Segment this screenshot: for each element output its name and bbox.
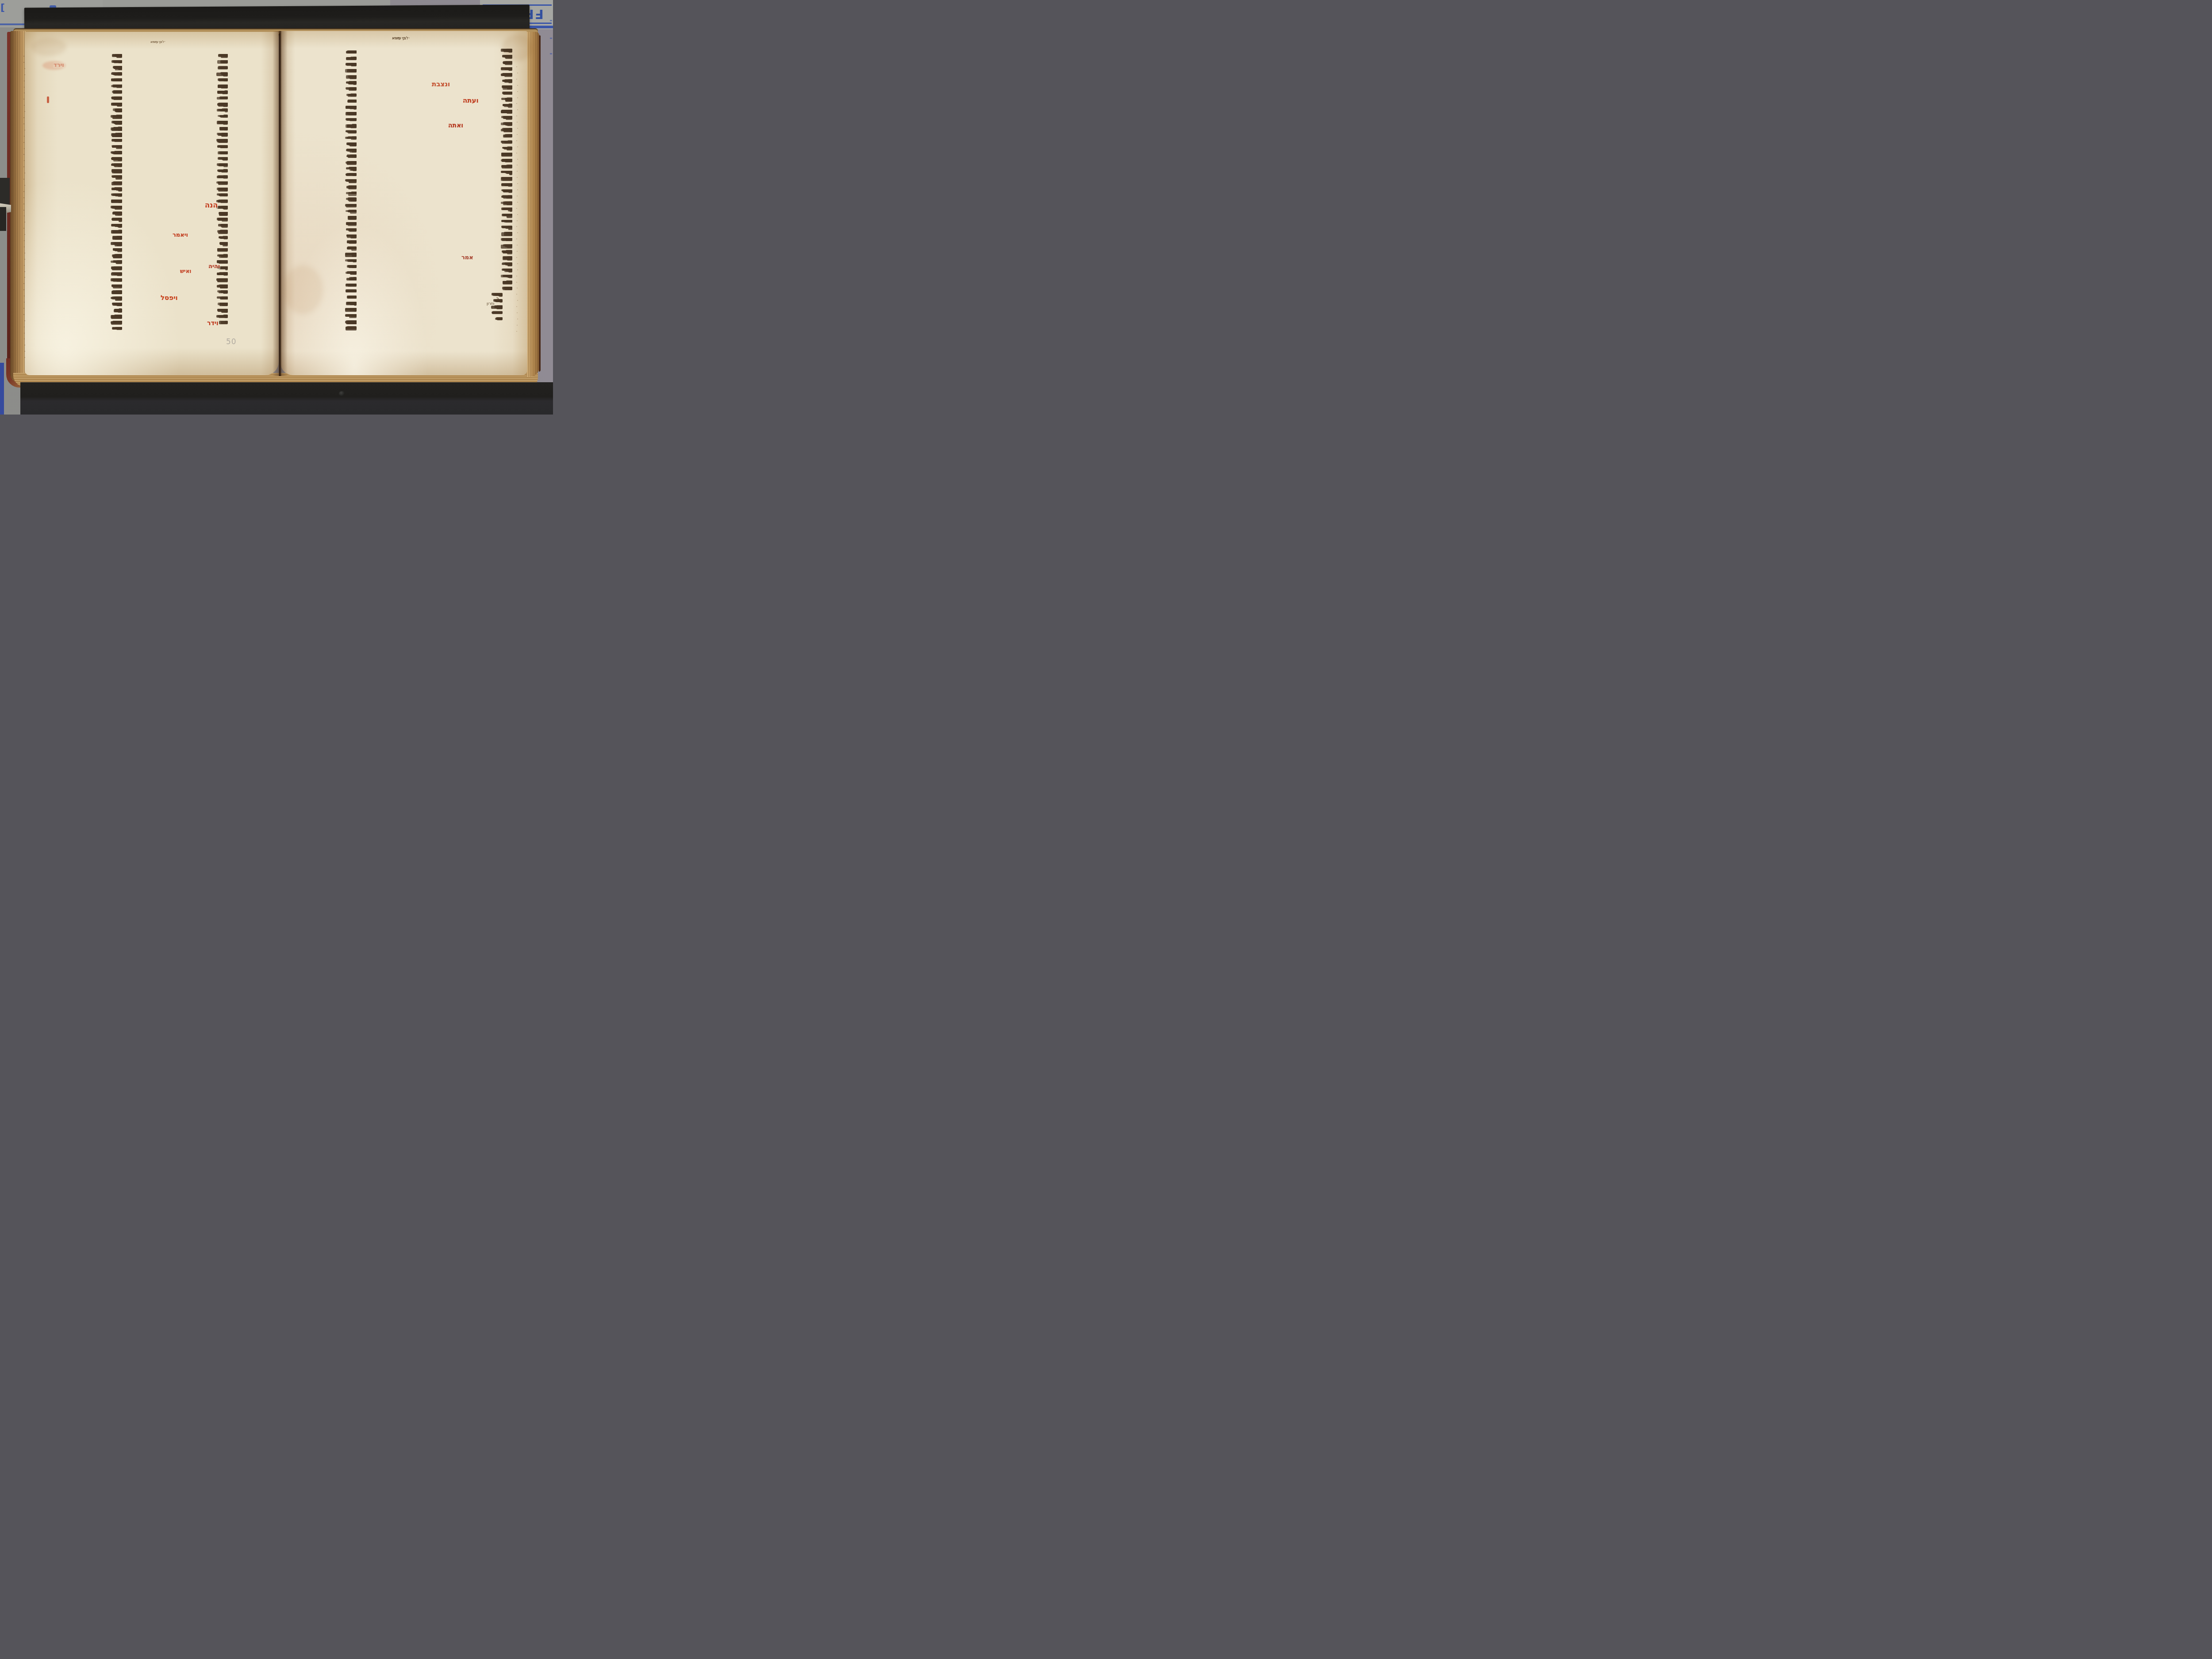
rubric-word: ואיש (180, 269, 192, 274)
script-line (434, 195, 512, 200)
script-word-stroke (116, 54, 122, 58)
script-word-stroke (113, 181, 122, 184)
pricking-hole (24, 253, 25, 253)
script-word-stroke (225, 79, 228, 81)
pricking-hole (24, 302, 25, 303)
script-line (290, 296, 357, 300)
script-word-stroke (502, 287, 512, 289)
script-word-stroke (349, 167, 357, 171)
script-line (162, 303, 228, 307)
script-line (162, 218, 228, 222)
script-line (434, 201, 512, 206)
script-word-stroke (224, 285, 228, 288)
rubric-word: והיה (208, 264, 220, 269)
pricking-hole (517, 269, 518, 270)
script-line (32, 139, 122, 143)
script-line (31, 175, 122, 180)
script-word-stroke (114, 169, 122, 173)
script-word-stroke (502, 214, 512, 216)
script-line (288, 124, 357, 128)
pricking-hole (23, 204, 24, 204)
script-line (433, 122, 512, 127)
script-line (288, 185, 357, 190)
script-word-stroke (507, 202, 512, 205)
script-line (289, 320, 357, 324)
rubric-word: ויפסל (160, 295, 178, 301)
script-column (30, 54, 122, 337)
script-line (432, 49, 512, 53)
script-word-stroke (350, 320, 357, 323)
script-line (288, 197, 357, 202)
script-word-stroke (225, 96, 228, 99)
rubric-word: אמר (461, 255, 474, 261)
script-word-stroke (346, 302, 357, 305)
script-word-stroke (218, 54, 228, 57)
script-word-stroke (350, 198, 357, 201)
script-column (288, 50, 357, 337)
script-line (288, 204, 357, 208)
script-word-stroke (118, 78, 122, 81)
script-word-stroke (502, 177, 512, 179)
script-line (289, 167, 357, 171)
folio-number: 50 (226, 338, 237, 346)
script-word-stroke (223, 133, 228, 135)
script-line (32, 121, 122, 125)
script-line (161, 108, 228, 113)
script-line (290, 246, 357, 251)
script-line (289, 216, 357, 220)
script-line (434, 293, 503, 297)
script-word-stroke (220, 127, 228, 130)
pricking-hole (24, 326, 25, 327)
script-word-stroke (346, 112, 357, 114)
script-line (161, 278, 228, 283)
script-word-stroke (509, 61, 513, 64)
script-word-stroke (114, 127, 122, 130)
pricking-hole (517, 196, 518, 196)
script-word-stroke (503, 196, 512, 199)
script-line (289, 277, 357, 281)
script-word-stroke (114, 163, 123, 167)
script-word-stroke (119, 108, 122, 111)
script-line (288, 192, 357, 196)
script-word-stroke (348, 161, 357, 164)
script-word-stroke (503, 207, 512, 210)
script-line (30, 115, 122, 119)
script-line (161, 230, 228, 234)
pricking-hole (24, 333, 25, 334)
script-word-stroke (217, 146, 228, 148)
page-edges-right (526, 32, 539, 377)
gutter-slit (279, 33, 280, 376)
script-word-stroke (346, 88, 357, 90)
script-line (433, 73, 512, 77)
script-line (290, 161, 357, 165)
script-line (30, 151, 122, 155)
script-line (163, 211, 228, 216)
pricking-hole (24, 74, 25, 75)
script-line (288, 112, 357, 116)
script-line (289, 265, 357, 269)
rubric-word: וירד (53, 62, 65, 68)
script-line (434, 116, 512, 120)
script-line (434, 55, 512, 59)
script-line (161, 151, 228, 155)
script-line (288, 173, 357, 177)
pricking-hole (516, 79, 517, 80)
script-word-stroke (111, 188, 122, 191)
script-word-stroke (223, 164, 228, 166)
script-line (431, 146, 512, 151)
script-line (31, 60, 122, 65)
script-line (32, 260, 122, 265)
script-line (434, 171, 512, 175)
ruler-blue-stripe (0, 363, 4, 415)
script-line (31, 242, 122, 246)
script-line (432, 244, 512, 249)
script-line (162, 60, 228, 65)
pricking-hole (23, 228, 24, 229)
back-cover-edge (539, 35, 541, 372)
script-line (32, 127, 122, 131)
script-line (161, 315, 228, 319)
script-line (434, 153, 512, 157)
script-line (161, 78, 228, 83)
script-word-stroke (219, 321, 228, 324)
script-line (290, 63, 357, 67)
rubric-word: ונצבת (431, 81, 450, 88)
script-line (431, 67, 512, 71)
script-word-stroke (505, 98, 513, 100)
script-word-stroke (353, 253, 357, 255)
script-word-stroke (503, 190, 512, 193)
pricking-hole (24, 87, 25, 88)
page-edges-left (10, 31, 26, 382)
script-word-stroke (346, 210, 357, 212)
script-word-stroke (111, 200, 122, 203)
pricking-hole (23, 308, 24, 309)
script-word-stroke (501, 110, 512, 113)
script-word-stroke (218, 139, 228, 142)
pricking-hole (24, 357, 25, 358)
script-word-stroke (113, 66, 122, 68)
script-line (162, 139, 228, 143)
script-word-stroke (352, 216, 357, 219)
script-word-stroke (346, 284, 357, 287)
script-word-stroke (504, 147, 512, 150)
script-word-stroke (502, 85, 512, 88)
script-line (31, 169, 122, 173)
cradle-bolt (339, 391, 345, 396)
script-line (31, 72, 122, 77)
pricking-hole (517, 97, 518, 98)
script-word-stroke (115, 248, 122, 251)
script-word-stroke (347, 69, 357, 73)
script-line (30, 187, 122, 192)
pricking-hole (24, 296, 25, 296)
script-line (434, 311, 503, 315)
script-word-stroke (115, 212, 122, 216)
script-word-stroke (347, 222, 357, 224)
script-line (32, 157, 122, 161)
script-word-stroke (116, 218, 122, 221)
script-word-stroke (220, 212, 228, 215)
script-line (161, 272, 228, 276)
ruler-edge-mark: [ (0, 4, 5, 12)
script-word-stroke (118, 230, 122, 233)
script-word-stroke (115, 133, 122, 135)
script-line (433, 165, 512, 169)
script-line (290, 210, 357, 214)
script-word-stroke (354, 100, 357, 102)
script-word-stroke (349, 247, 357, 249)
pricking-hole (23, 62, 24, 63)
script-line (33, 254, 122, 258)
script-line (33, 103, 122, 107)
script-line (290, 81, 357, 85)
script-word-stroke (111, 291, 122, 294)
script-line (434, 207, 512, 212)
script-word-stroke (503, 281, 512, 284)
script-word-stroke (504, 232, 512, 236)
script-word-stroke (220, 115, 228, 117)
script-word-stroke (502, 159, 512, 162)
rubric-word: ועתה (462, 97, 479, 104)
script-line (161, 254, 228, 258)
pricking-hole (517, 220, 518, 221)
script-word-stroke (220, 218, 228, 221)
script-word-stroke (113, 96, 123, 100)
script-word-stroke (119, 157, 122, 160)
conservation-foam-bar-bottom (20, 382, 553, 415)
script-word-stroke (220, 303, 228, 305)
pricking-hole (24, 111, 25, 112)
script-word-stroke (225, 188, 228, 190)
script-line (31, 308, 122, 313)
script-line (31, 108, 122, 113)
script-line (290, 93, 357, 98)
script-word-stroke (505, 184, 512, 186)
script-word-stroke (507, 238, 513, 240)
script-line (290, 314, 357, 319)
pricking-hole (517, 251, 518, 252)
script-word-stroke (116, 254, 122, 257)
script-word-stroke (217, 290, 228, 292)
script-line (289, 50, 357, 55)
script-line (161, 169, 228, 173)
script-word-stroke (348, 296, 357, 298)
script-word-stroke (499, 317, 503, 319)
script-word-stroke (219, 254, 228, 258)
script-line (162, 72, 228, 77)
script-word-stroke (350, 179, 357, 182)
script-line (468, 317, 503, 322)
pricking-hole (24, 136, 25, 137)
script-line (288, 240, 357, 245)
script-word-stroke (492, 311, 503, 314)
script-word-stroke (349, 228, 357, 231)
script-line (161, 248, 228, 252)
script-word-stroke (508, 55, 512, 58)
script-word-stroke (349, 118, 357, 120)
script-word-stroke (505, 92, 512, 94)
script-line (288, 142, 357, 147)
pricking-hole (23, 123, 24, 124)
pricking-hole (516, 257, 517, 258)
script-word-stroke (220, 242, 228, 245)
pricking-hole (517, 202, 518, 203)
script-word-stroke (353, 259, 357, 262)
script-word-stroke (346, 289, 357, 292)
script-word-stroke (505, 122, 512, 126)
cradle-clamp-foam-lower (0, 207, 6, 231)
pricking-hole (516, 276, 517, 276)
script-line (434, 275, 512, 279)
script-line (290, 136, 357, 141)
script-word-stroke (501, 129, 512, 131)
script-line (288, 75, 357, 79)
script-word-stroke (220, 109, 228, 111)
pricking-hole (23, 56, 24, 57)
script-column (431, 49, 512, 328)
script-line (290, 289, 357, 294)
script-word-stroke (115, 175, 123, 177)
script-line (433, 189, 512, 193)
script-line (162, 133, 228, 137)
script-word-stroke (505, 165, 512, 168)
script-line (432, 110, 512, 114)
script-line (32, 211, 122, 216)
script-word-stroke (503, 269, 513, 271)
ruler-tick (550, 53, 552, 54)
script-word-stroke (112, 236, 122, 239)
script-word-stroke (117, 242, 122, 244)
script-word-stroke (506, 134, 513, 137)
rubric-word: וידר (207, 320, 219, 326)
script-word-stroke (216, 315, 228, 318)
pricking-hole (24, 185, 25, 186)
pricking-hole (516, 208, 517, 209)
script-word-stroke (218, 224, 228, 227)
script-word-stroke (223, 73, 228, 75)
script-line (288, 228, 357, 233)
script-line (32, 193, 122, 198)
script-line (432, 177, 512, 181)
script-line (161, 54, 228, 58)
script-word-stroke (117, 279, 122, 281)
script-word-stroke (223, 176, 228, 178)
pricking-hole (517, 128, 518, 129)
script-line (43, 327, 122, 331)
script-word-stroke (350, 240, 357, 243)
script-line (162, 121, 228, 125)
script-line (431, 287, 512, 291)
script-line (433, 134, 512, 138)
script-line (32, 303, 122, 307)
script-line (31, 296, 122, 301)
script-word-stroke (218, 181, 228, 184)
script-word-stroke (351, 265, 357, 268)
script-word-stroke (223, 60, 228, 63)
pricking-hole (23, 142, 24, 143)
script-line (33, 90, 122, 95)
pricking-hole (516, 282, 517, 283)
script-line (290, 302, 357, 306)
script-line (432, 280, 512, 285)
script-line (434, 219, 512, 224)
script-line (432, 250, 512, 254)
script-line (163, 187, 228, 192)
script-line (31, 133, 122, 137)
script-line (163, 242, 228, 246)
script-word-stroke (112, 267, 122, 271)
script-line (162, 224, 228, 228)
ruler-tick (550, 38, 552, 39)
script-word-stroke (504, 220, 512, 222)
rubric-word: הנה (204, 202, 218, 209)
script-line (289, 179, 357, 184)
script-word-stroke (505, 67, 512, 69)
script-line (290, 106, 357, 110)
script-word-stroke (503, 104, 513, 107)
script-word-stroke (345, 204, 357, 207)
script-word-stroke (218, 91, 228, 94)
script-word-stroke (501, 171, 512, 173)
script-line (30, 272, 122, 276)
pricking-hole (24, 81, 25, 81)
pricking-hole (517, 91, 518, 92)
script-word-stroke (353, 57, 357, 59)
pricking-hole (24, 351, 25, 352)
script-line (31, 200, 122, 204)
script-line (434, 158, 512, 163)
script-line (163, 163, 228, 168)
script-word-stroke (114, 73, 123, 75)
script-word-stroke (118, 309, 122, 312)
script-line (289, 234, 357, 239)
script-word-stroke (218, 309, 228, 312)
pricking-hole (517, 300, 518, 301)
script-word-stroke (220, 236, 228, 238)
script-word-stroke (505, 245, 513, 247)
margin-note: וחרון (487, 301, 494, 307)
script-line (33, 321, 122, 325)
rubric-word: ויאמר (172, 232, 188, 238)
rubric-word: ואתה (448, 123, 464, 129)
script-line (288, 222, 357, 227)
script-line (326, 326, 357, 330)
script-word-stroke (114, 139, 123, 142)
script-word-stroke (353, 106, 357, 110)
script-column (161, 54, 228, 331)
script-word-stroke (503, 116, 512, 119)
script-line (30, 248, 122, 252)
pricking-hole (517, 159, 518, 160)
script-line (161, 193, 228, 198)
script-word-stroke (218, 66, 228, 69)
script-line (30, 84, 122, 89)
script-line (31, 145, 122, 150)
script-word-stroke (219, 194, 228, 196)
script-line (31, 66, 122, 70)
script-line (163, 66, 228, 70)
pricking-hole (517, 214, 518, 215)
script-word-stroke (115, 303, 122, 306)
script-word-stroke (115, 297, 122, 301)
script-line (31, 224, 122, 228)
script-line (33, 206, 122, 210)
script-word-stroke (219, 260, 228, 264)
